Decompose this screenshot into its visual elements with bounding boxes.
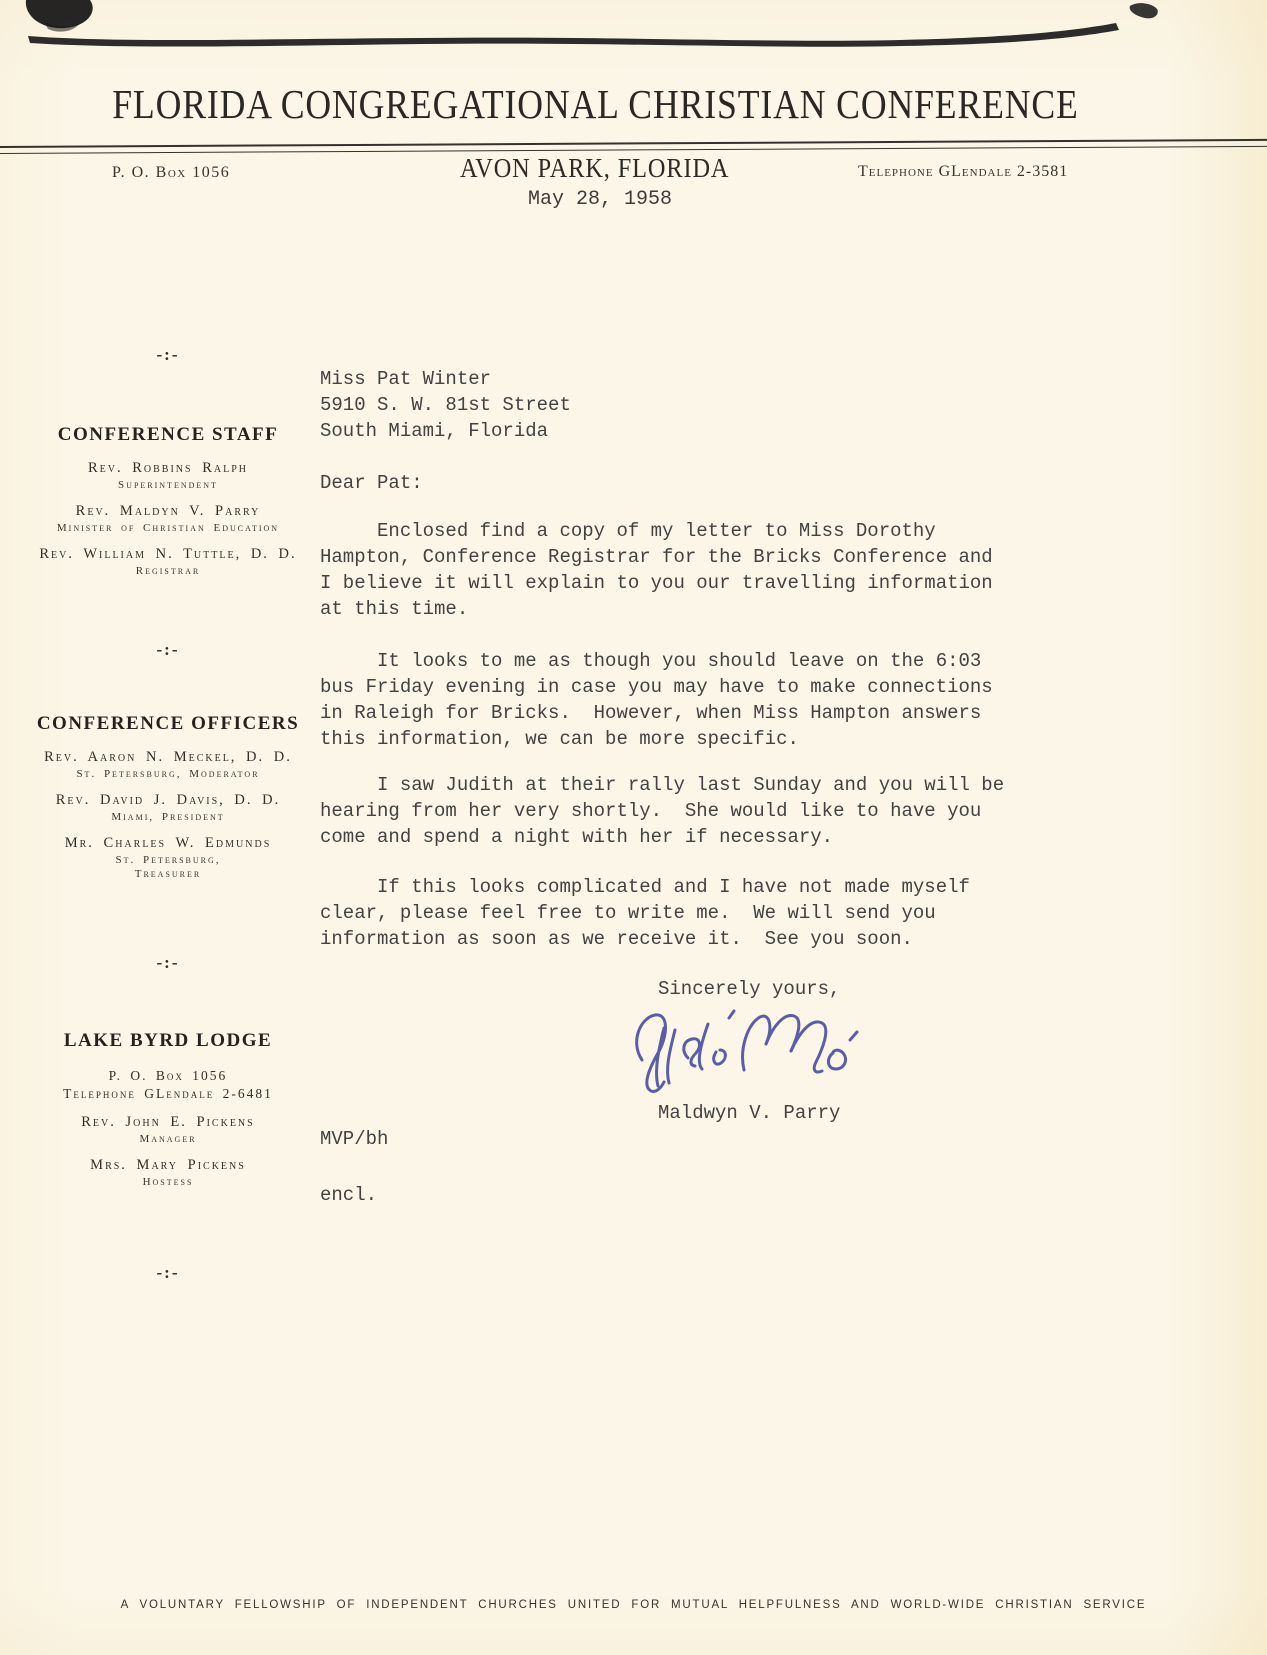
staff-role: Superintendent (22, 479, 314, 491)
officer-role: St. Petersburg, Moderator (22, 768, 314, 780)
recipient-address: Miss Pat Winter 5910 S. W. 81st Street S… (320, 366, 571, 444)
typed-signer-name: Maldwyn V. Parry (658, 1100, 840, 1126)
officer-role: Miami, President (22, 811, 314, 823)
paragraph-1: Enclosed find a copy of my letter to Mis… (320, 518, 993, 622)
letterhead-divider-rule (0, 139, 1267, 154)
letterhead-title: FLORIDA CONGREGATIONAL CHRISTIAN CONFERE… (0, 80, 1190, 128)
sidebar-separator: -:- (22, 640, 314, 660)
lodge-role: Manager (22, 1133, 314, 1145)
lodge-entry: Mrs. Mary Pickens Hostess (22, 1157, 314, 1188)
salutation: Dear Pat: (320, 470, 423, 496)
staff-role: Registrar (22, 565, 314, 577)
staff-name: Rev. William N. Tuttle, D. D. (22, 546, 314, 563)
paragraph-2: It looks to me as though you should leav… (320, 648, 993, 752)
officer-role: St. Petersburg, (22, 854, 314, 866)
lodge-po-box: P. O. Box 1056 (22, 1068, 314, 1084)
footer-motto: A VOLUNTARY FELLOWSHIP OF INDEPENDENT CH… (0, 1599, 1267, 1611)
enclosure-note: encl. (320, 1182, 377, 1208)
paragraph-3: I saw Judith at their rally last Sunday … (320, 772, 1004, 850)
conference-staff-heading: CONFERENCE STAFF (22, 424, 314, 446)
officer-name: Rev. Aaron N. Meckel, D. D. (22, 749, 314, 766)
officer-entry: Rev. David J. Davis, D. D. Miami, Presid… (22, 792, 314, 823)
staff-entry: Rev. William N. Tuttle, D. D. Registrar (22, 546, 314, 577)
reference-initials: MVP/bh (320, 1126, 388, 1152)
staff-name: Rev. Robbins Ralph (22, 460, 314, 477)
conference-officers-heading: CONFERENCE OFFICERS (22, 713, 314, 735)
lodge-telephone: Telephone GLendale 2-6481 (22, 1086, 314, 1102)
officer-entry: Rev. Aaron N. Meckel, D. D. St. Petersbu… (22, 749, 314, 780)
conference-officers-section: CONFERENCE OFFICERS Rev. Aaron N. Meckel… (22, 713, 314, 880)
lake-byrd-lodge-section: LAKE BYRD LODGE P. O. Box 1056 Telephone… (22, 1030, 314, 1188)
scan-artifact-marks (0, 0, 1267, 60)
lodge-name: Rev. John E. Pickens (22, 1114, 314, 1131)
staff-entry: Rev. Maldyn V. Parry Minister of Christi… (22, 503, 314, 534)
lake-byrd-lodge-heading: LAKE BYRD LODGE (22, 1030, 314, 1052)
letterhead-telephone: Telephone GLendale 2-3581 (858, 163, 1068, 181)
officer-entry: Mr. Charles W. Edmunds St. Petersburg, T… (22, 835, 314, 880)
staff-name: Rev. Maldyn V. Parry (22, 503, 314, 520)
officer-name: Mr. Charles W. Edmunds (22, 835, 314, 852)
handwritten-signature (628, 996, 878, 1101)
lodge-role: Hostess (22, 1176, 314, 1188)
scanned-letter-page: FLORIDA CONGREGATIONAL CHRISTIAN CONFERE… (0, 0, 1267, 1655)
conference-staff-section: CONFERENCE STAFF Rev. Robbins Ralph Supe… (22, 424, 314, 577)
sidebar-separator: -:- (22, 345, 314, 365)
lodge-name: Mrs. Mary Pickens (22, 1157, 314, 1174)
officer-name: Rev. David J. Davis, D. D. (22, 792, 314, 809)
paragraph-4: If this looks complicated and I have not… (320, 874, 970, 952)
letter-date: May 28, 1958 (0, 188, 1200, 211)
lodge-entry: Rev. John E. Pickens Manager (22, 1114, 314, 1145)
staff-entry: Rev. Robbins Ralph Superintendent (22, 460, 314, 491)
sidebar-separator: -:- (22, 1263, 314, 1283)
lodge-address: P. O. Box 1056 Telephone GLendale 2-6481 (22, 1068, 314, 1102)
staff-role: Minister of Christian Education (22, 522, 314, 534)
sidebar-separator: -:- (22, 953, 314, 973)
officer-role: Treasurer (22, 868, 314, 880)
